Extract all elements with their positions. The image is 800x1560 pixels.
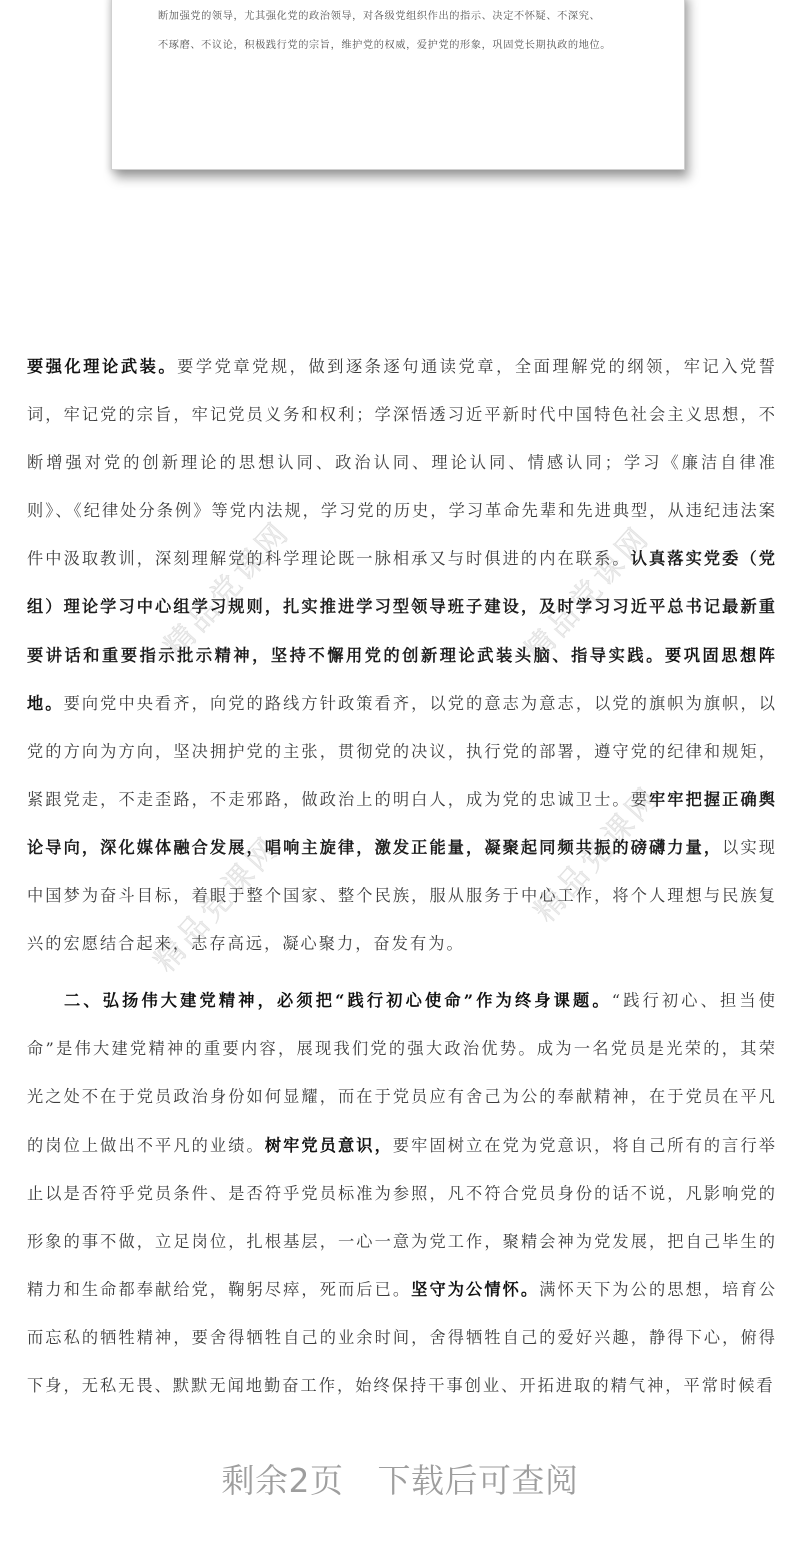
preview-text-line: 不琢磨、不议论，积极践行党的宗旨，维护党的权威，爱护党的形象，巩固党长期执政的地…	[158, 36, 611, 51]
body-text: 要学党章党规，做到逐条逐句通读党章，全面理解党的纲领，牢记入党誓词，牢记党的宗旨…	[27, 357, 777, 568]
bold-heading-party-awareness: 树牢党员意识，	[265, 1136, 393, 1155]
document-body: 要强化理论武装。要学党章党规，做到逐条逐句通读党章，全面理解党的纲领，牢记入党誓…	[27, 343, 777, 1410]
preview-text-line: 断加强党的领导，尤其强化党的政治领导，对各级党组织作出的指示、决定不怀疑、不深究…	[158, 7, 600, 22]
paragraph-section-two: 二、弘扬伟大建党精神，必须把“践行初心使命”作为终身课题。“践行初心、担当使命”…	[27, 977, 777, 1410]
body-text: “践行初心、担当使命”是伟大建党精神的重要内容，展现我们党的强大政治优势。成为一…	[27, 991, 777, 1154]
bold-heading-theory: 要强化理论武装。	[27, 357, 177, 376]
remaining-pages-count: 剩余2页	[222, 1461, 344, 1500]
body-text: 要牢固树立在党为党意识，将自己所有的言行举止以是否符乎党员条件、是否符乎党员标准…	[27, 1136, 777, 1299]
page-preview-card: 断加强党的领导，尤其强化党的政治领导，对各级党组织作出的指示、决定不怀疑、不深究…	[111, 0, 685, 170]
section-heading: 二、弘扬伟大建党精神，必须把“践行初心使命”作为终身课题。	[64, 991, 612, 1010]
paragraph-theory-armament: 要强化理论武装。要学党章党规，做到逐条逐句通读党章，全面理解党的纲领，牢记入党誓…	[27, 343, 777, 968]
remaining-pages-banner[interactable]: 剩余2页下载后可查阅	[0, 1455, 800, 1502]
bold-heading-public-spirit: 坚守为公情怀。	[411, 1280, 539, 1299]
download-to-view-label: 下载后可查阅	[378, 1461, 579, 1500]
